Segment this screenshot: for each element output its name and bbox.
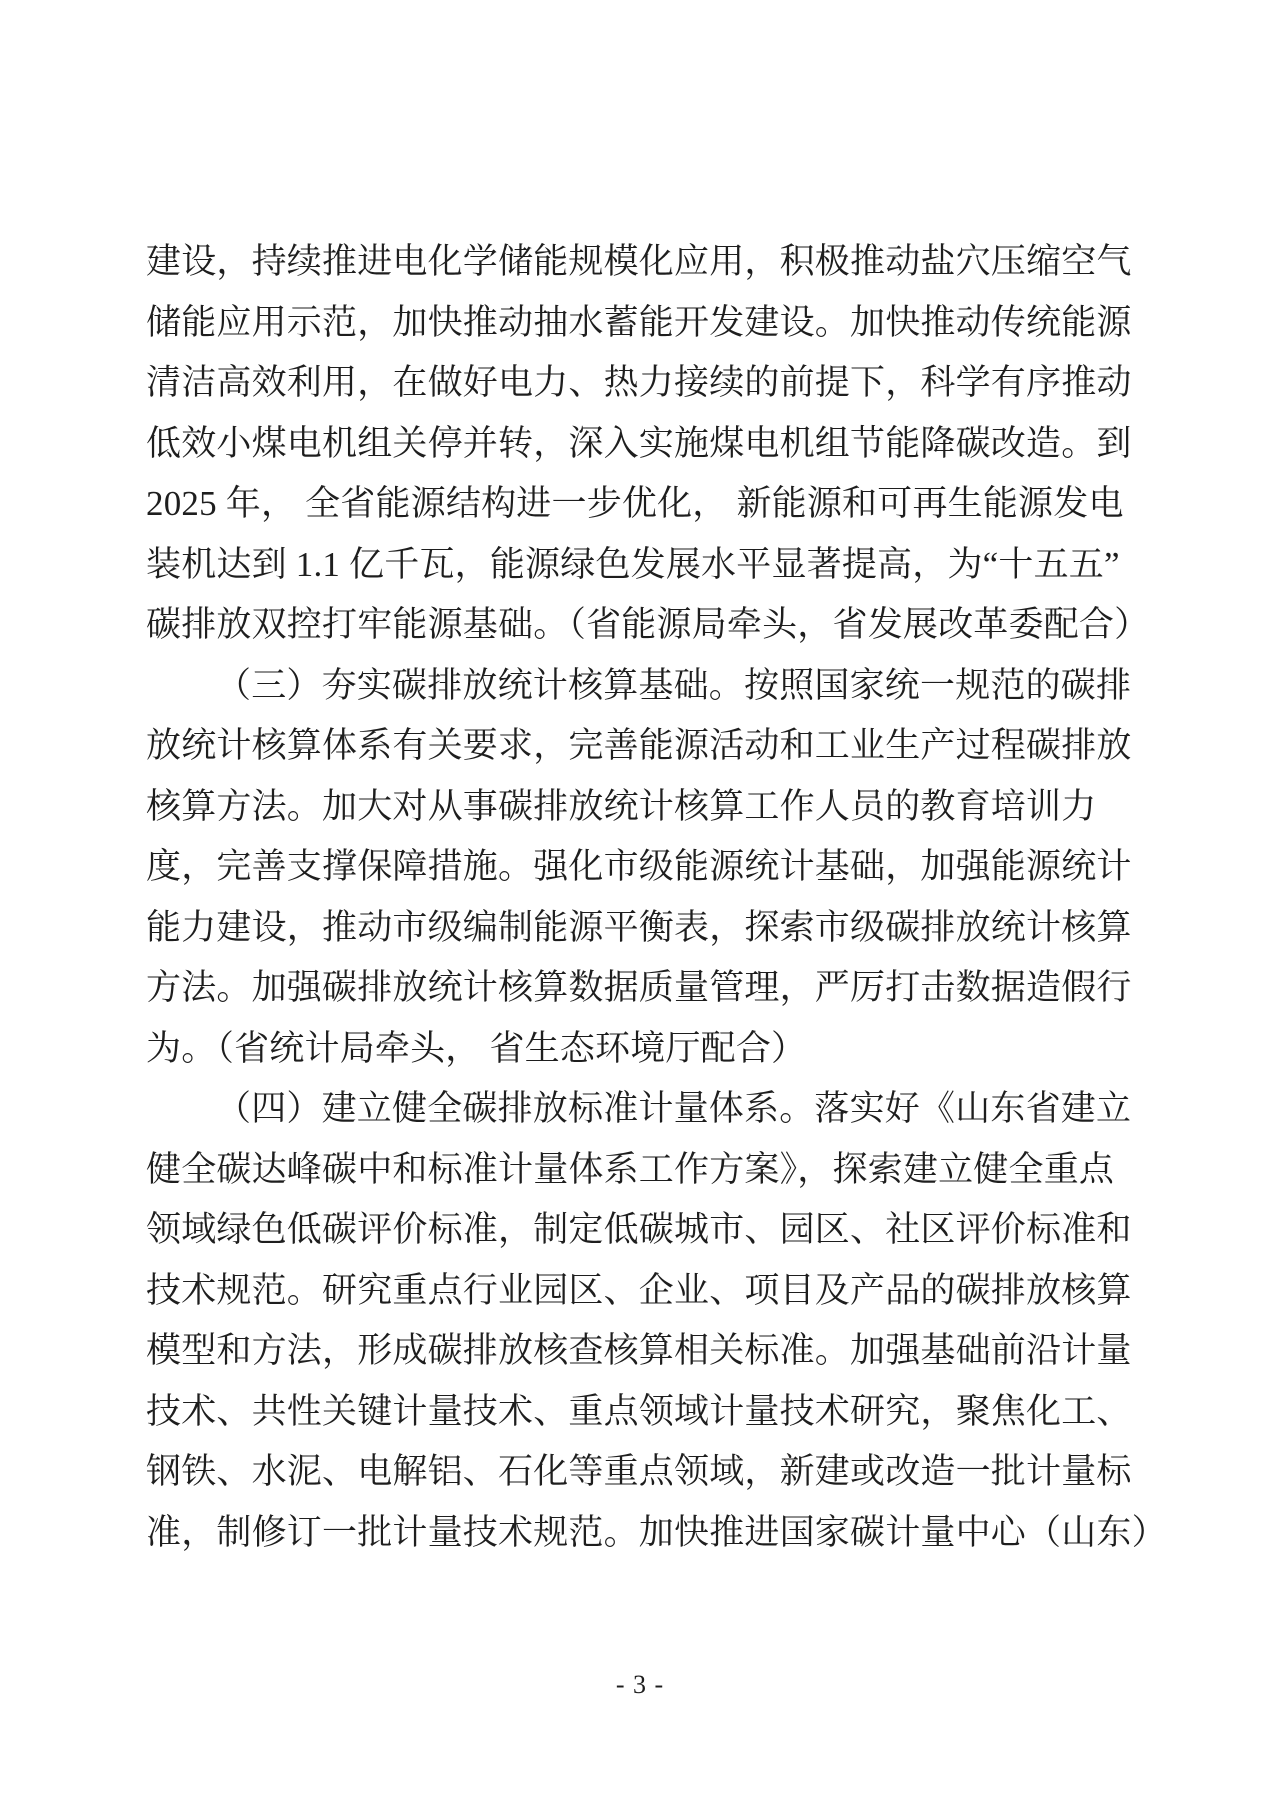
text-line: 模型和方法，形成碳排放核查核算相关标准。加强基础前沿计量	[146, 1321, 1146, 1382]
text-line: 放统计核算体系有关要求，完善能源活动和工业生产过程碳排放	[146, 716, 1146, 777]
text-line: 方法。加强碳排放统计核算数据质量管理，严厉打击数据造假行	[146, 958, 1146, 1019]
text-line: 能力建设，推动市级编制能源平衡表，探索市级碳排放统计核算	[146, 898, 1146, 959]
text-line: 清洁高效利用，在做好电力、热力接续的前提下，科学有序推动	[146, 353, 1146, 414]
text-line: （三）夯实碳排放统计核算基础。按照国家统一规范的碳排	[146, 656, 1146, 717]
page-number: - 3 -	[616, 1670, 664, 1699]
paragraph-energy-continued: 建设，持续推进电化学储能规模化应用，积极推动盐穴压缩空气储能应用示范，加快推动抽…	[146, 232, 1146, 656]
text-line: 为。（省统计局牵头， 省生态环境厅配合）	[146, 1019, 1146, 1080]
text-line: 钢铁、水泥、电解铝、石化等重点领域，新建或改造一批计量标	[146, 1442, 1146, 1503]
text-line: 技术规范。研究重点行业园区、企业、项目及产品的碳排放核算	[146, 1261, 1146, 1322]
text-line: 储能应用示范，加快推动抽水蓄能开发建设。加快推动传统能源	[146, 293, 1146, 354]
text-line: 技术、共性关键计量技术、重点领域计量技术研究，聚焦化工、	[146, 1382, 1146, 1443]
document-page: 建设，持续推进电化学储能规模化应用，积极推动盐穴压缩空气储能应用示范，加快推动抽…	[0, 0, 1280, 1810]
paragraph-section-three: （三）夯实碳排放统计核算基础。按照国家统一规范的碳排放统计核算体系有关要求，完善…	[146, 656, 1146, 1080]
text-line: 低效小煤电机组关停并转，深入实施煤电机组节能降碳改造。到	[146, 414, 1146, 475]
document-body: 建设，持续推进电化学储能规模化应用，积极推动盐穴压缩空气储能应用示范，加快推动抽…	[146, 232, 1146, 1563]
text-line: 碳排放双控打牢能源基础。（省能源局牵头，省发展改革委配合）	[146, 595, 1146, 656]
text-line: （四）建立健全碳排放标准计量体系。落实好《山东省建立	[146, 1079, 1146, 1140]
paragraph-section-four: （四）建立健全碳排放标准计量体系。落实好《山东省建立健全碳达峰碳中和标准计量体系…	[146, 1079, 1146, 1563]
text-line: 装机达到 1.1 亿千瓦，能源绿色发展水平显著提高，为“十五五”	[146, 535, 1146, 596]
text-line: 核算方法。加大对从事碳排放统计核算工作人员的教育培训力	[146, 777, 1146, 838]
text-line: 建设，持续推进电化学储能规模化应用，积极推动盐穴压缩空气	[146, 232, 1146, 293]
text-line: 度，完善支撑保障措施。强化市级能源统计基础，加强能源统计	[146, 837, 1146, 898]
text-line: 健全碳达峰碳中和标准计量体系工作方案》，探索建立健全重点	[146, 1140, 1146, 1201]
text-line: 准，制修订一批计量技术规范。加快推进国家碳计量中心（山东）	[146, 1503, 1146, 1564]
page-footer: - 3 -	[0, 1668, 1280, 1702]
text-line: 领域绿色低碳评价标准，制定低碳城市、园区、社区评价标准和	[146, 1200, 1146, 1261]
text-line: 2025 年， 全省能源结构进一步优化， 新能源和可再生能源发电	[146, 474, 1146, 535]
